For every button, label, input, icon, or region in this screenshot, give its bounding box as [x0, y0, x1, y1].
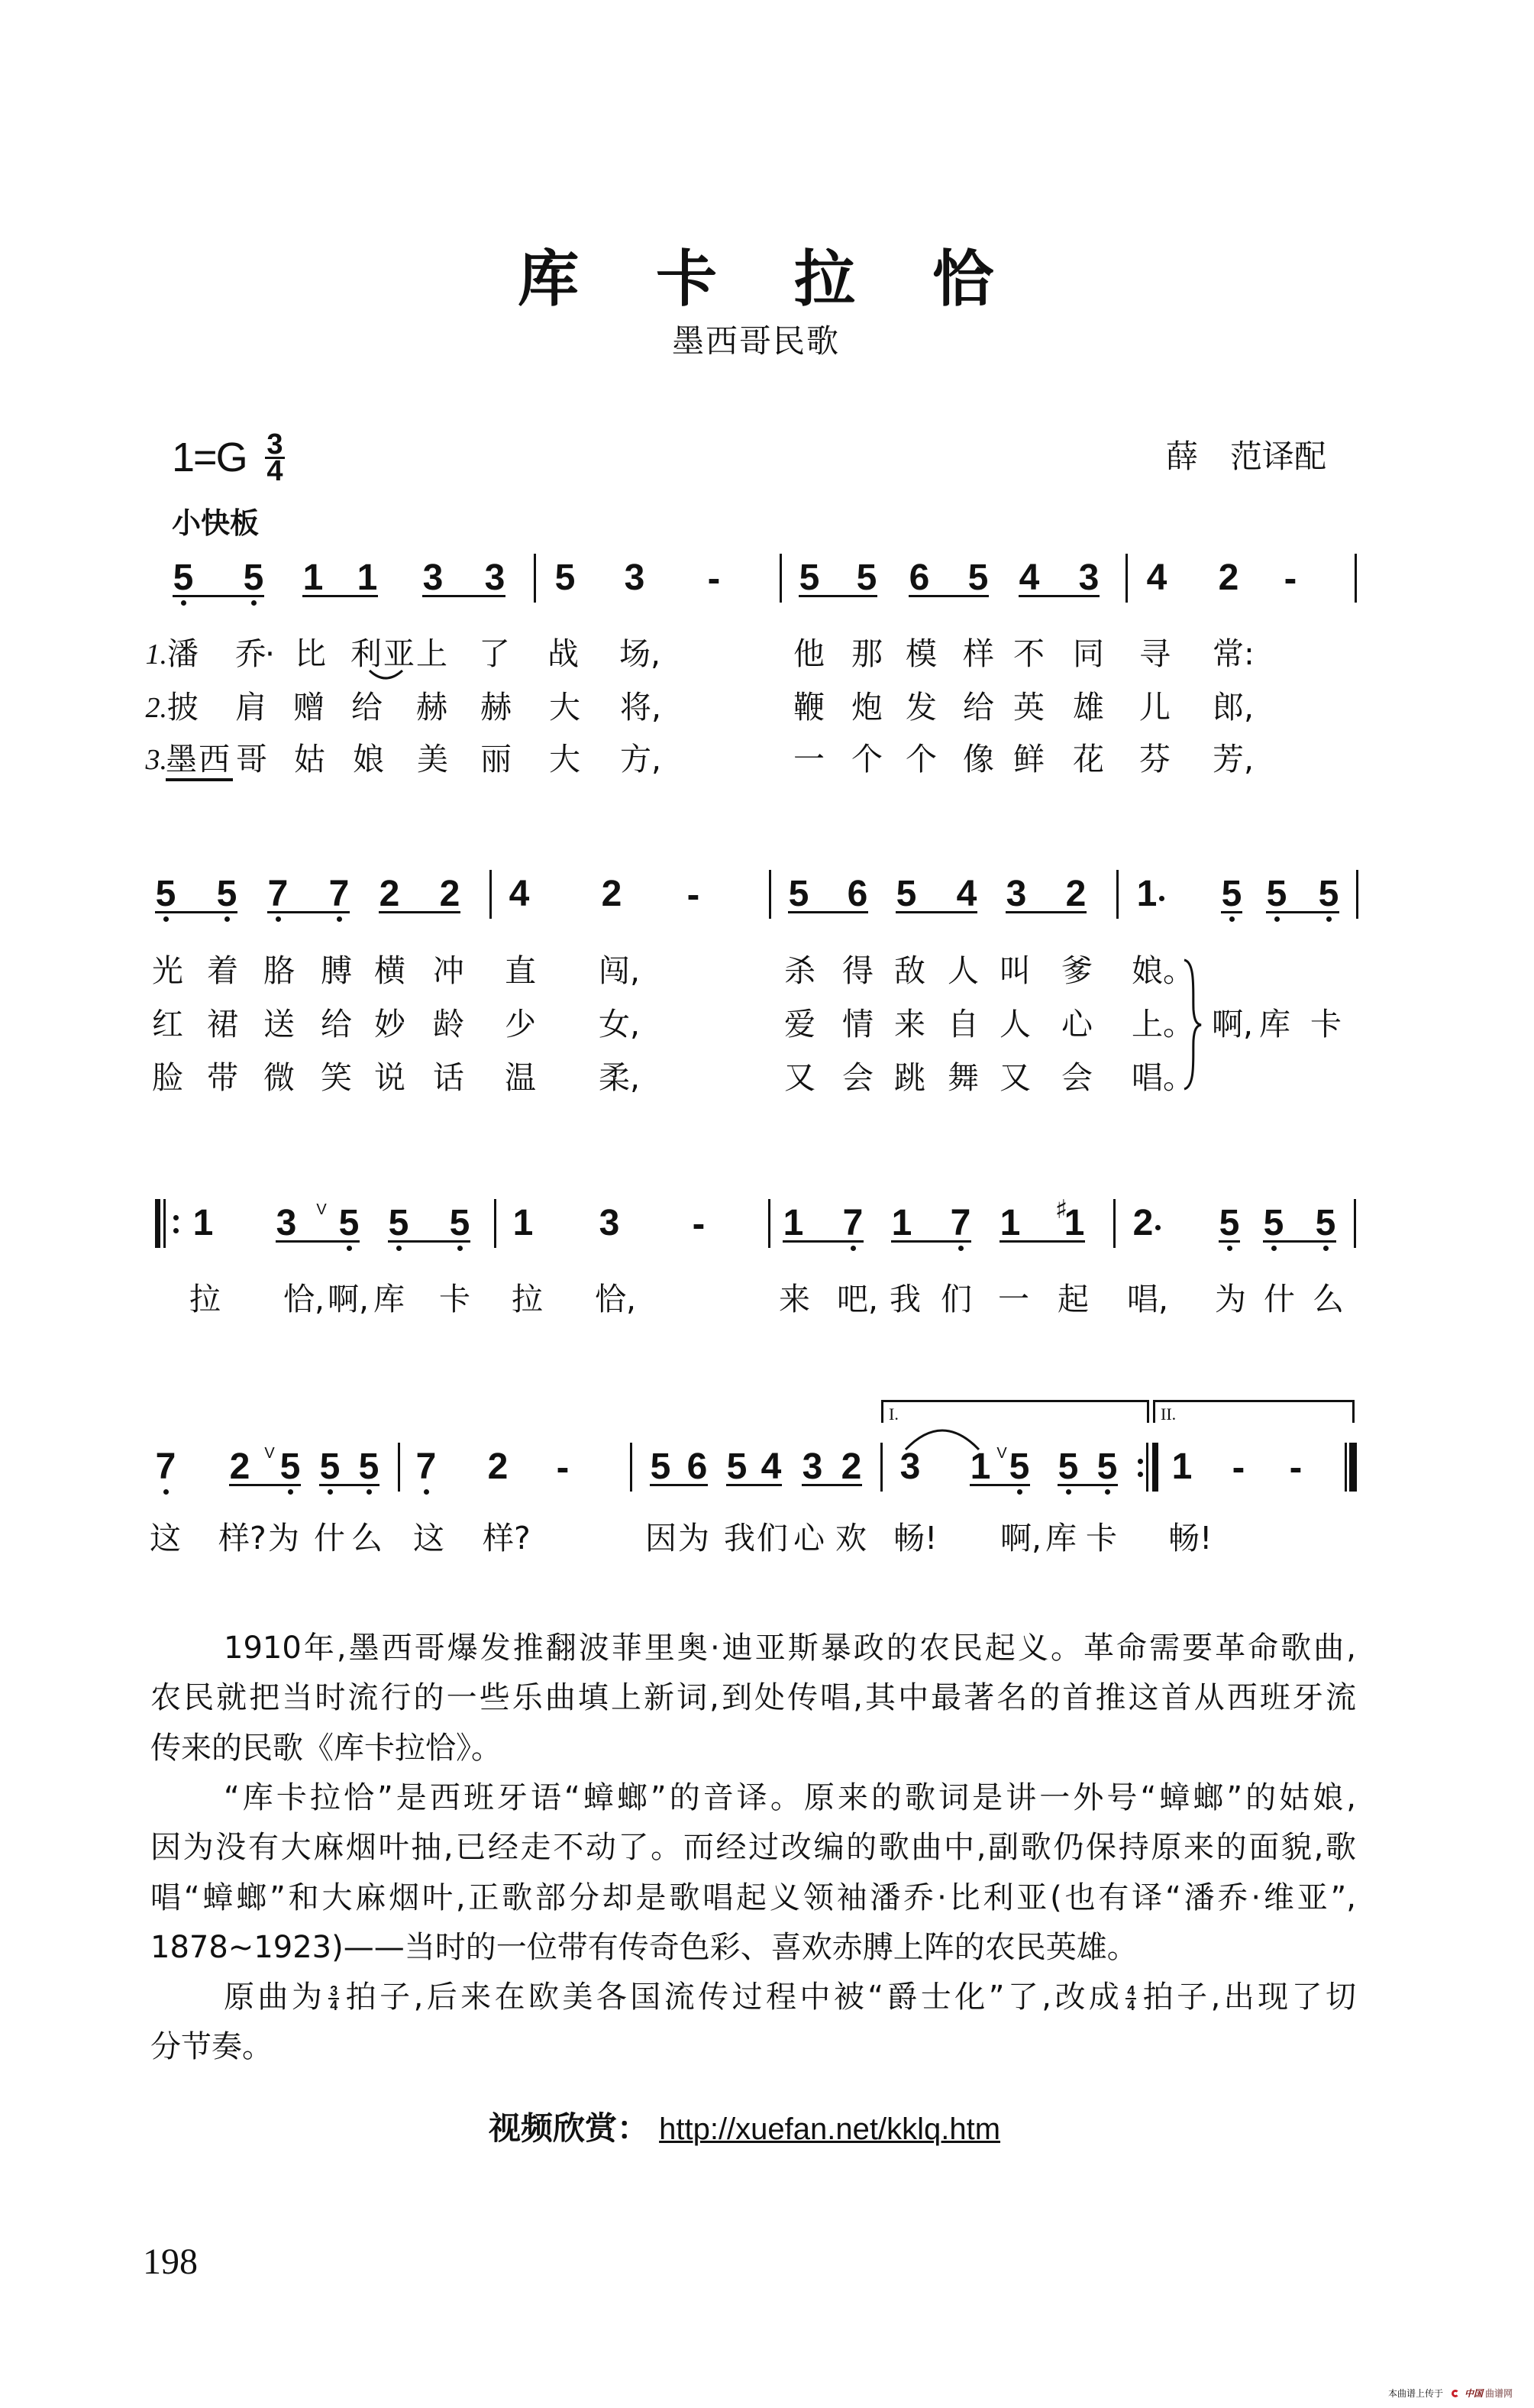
text-run: 拍子,出现了切	[1139, 1980, 1356, 2015]
text-run: 1910年,墨西哥爆发推翻波菲里奥·迪亚斯暴政的农民起义。革命需要革命歌曲,	[224, 1631, 1356, 1666]
fraction-bottom: 4	[330, 1999, 337, 2012]
video-url-link[interactable]: http://xuefan.net/kklq.htm	[659, 2112, 1000, 2146]
watermark-brand-secondary: 曲谱网	[1485, 2388, 1513, 2399]
inline-time-signature: 34	[328, 1985, 339, 2012]
text-run: 传来的民歌《库卡拉恰》。	[150, 1731, 502, 1766]
sheet-music-page: 库卡拉恰 墨西哥民歌 1=G 3 4 薛 范译配 小快板 55113353-55…	[0, 0, 1534, 2408]
upload-watermark: 本曲谱上传于 中国 曲谱网	[1388, 2388, 1513, 2399]
fraction-bottom: 4	[1127, 1999, 1135, 2012]
watermark-prefix: 本曲谱上传于	[1388, 2388, 1443, 2399]
video-link-row: 视频欣赏： http://xuefan.net/kklq.htm	[489, 2112, 1000, 2145]
paragraph-line: “库卡拉恰”是西班牙语“蟑螂”的音译。原来的歌词是讲一外号“蟑螂”的姑娘,	[224, 1783, 1356, 1813]
paragraph-line: 传来的民歌《库卡拉恰》。	[150, 1733, 1356, 1763]
page-number: 198	[143, 2244, 198, 2280]
fraction-top: 4	[1127, 1985, 1135, 1998]
text-run: “库卡拉恰”是西班牙语“蟑螂”的音译。原来的歌词是讲一外号“蟑螂”的姑娘,	[224, 1780, 1356, 1815]
paragraph-line: 分节奏。	[150, 2031, 1356, 2062]
text-run: 因为没有大麻烟叶抽,已经走不动了。而经过改编的歌曲中,副歌仍保持原来的面貌,歌	[150, 1830, 1356, 1865]
paragraph-line: 农民就把当时流行的一些乐曲填上新词,到处传唱,其中最著名的首推这首从西班牙流	[150, 1682, 1356, 1713]
text-run: 农民就把当时流行的一些乐曲填上新词,到处传唱,其中最著名的首推这首从西班牙流	[150, 1680, 1356, 1715]
text-run: 原曲为	[224, 1980, 325, 2015]
video-label: 视频欣赏：	[489, 2109, 649, 2147]
watermark-brand-primary: 中国	[1465, 2388, 1483, 2399]
cqpw-logo-icon	[1452, 2390, 1459, 2397]
text-run: 拍子,后来在欧美各国流传过程中被“爵士化”了,改成	[342, 1980, 1122, 2015]
article-text: 1910年,墨西哥爆发推翻波菲里奥·迪亚斯暴政的农民起义。革命需要革命歌曲,农民…	[0, 0, 1534, 2408]
text-run: 1878~1923)——当时的一位带有传奇色彩、喜欢赤膊上阵的农民英雄。	[150, 1930, 1138, 1965]
paragraph-line: 原曲为34拍子,后来在欧美各国流传过程中被“爵士化”了,改成44拍子,出现了切	[224, 1982, 1356, 2012]
paragraph-line: 唱“蟑螂”和大麻烟叶,正歌部分却是歌唱起义领袖潘乔·比利亚(也有译“潘乔·维亚”…	[150, 1883, 1356, 1913]
text-run: 分节奏。	[150, 2029, 273, 2064]
text-run: 唱“蟑螂”和大麻烟叶,正歌部分却是歌唱起义领袖潘乔·比利亚(也有译“潘乔·维亚”…	[150, 1880, 1356, 1915]
paragraph-line: 因为没有大麻烟叶抽,已经走不动了。而经过改编的歌曲中,副歌仍保持原来的面貌,歌	[150, 1832, 1356, 1863]
inline-time-signature: 44	[1125, 1985, 1136, 2012]
fraction-top: 3	[330, 1985, 337, 1998]
paragraph-line: 1910年,墨西哥爆发推翻波菲里奥·迪亚斯暴政的农民起义。革命需要革命歌曲,	[224, 1633, 1356, 1663]
paragraph-line: 1878~1923)——当时的一位带有传奇色彩、喜欢赤膊上阵的农民英雄。	[150, 1932, 1356, 1963]
